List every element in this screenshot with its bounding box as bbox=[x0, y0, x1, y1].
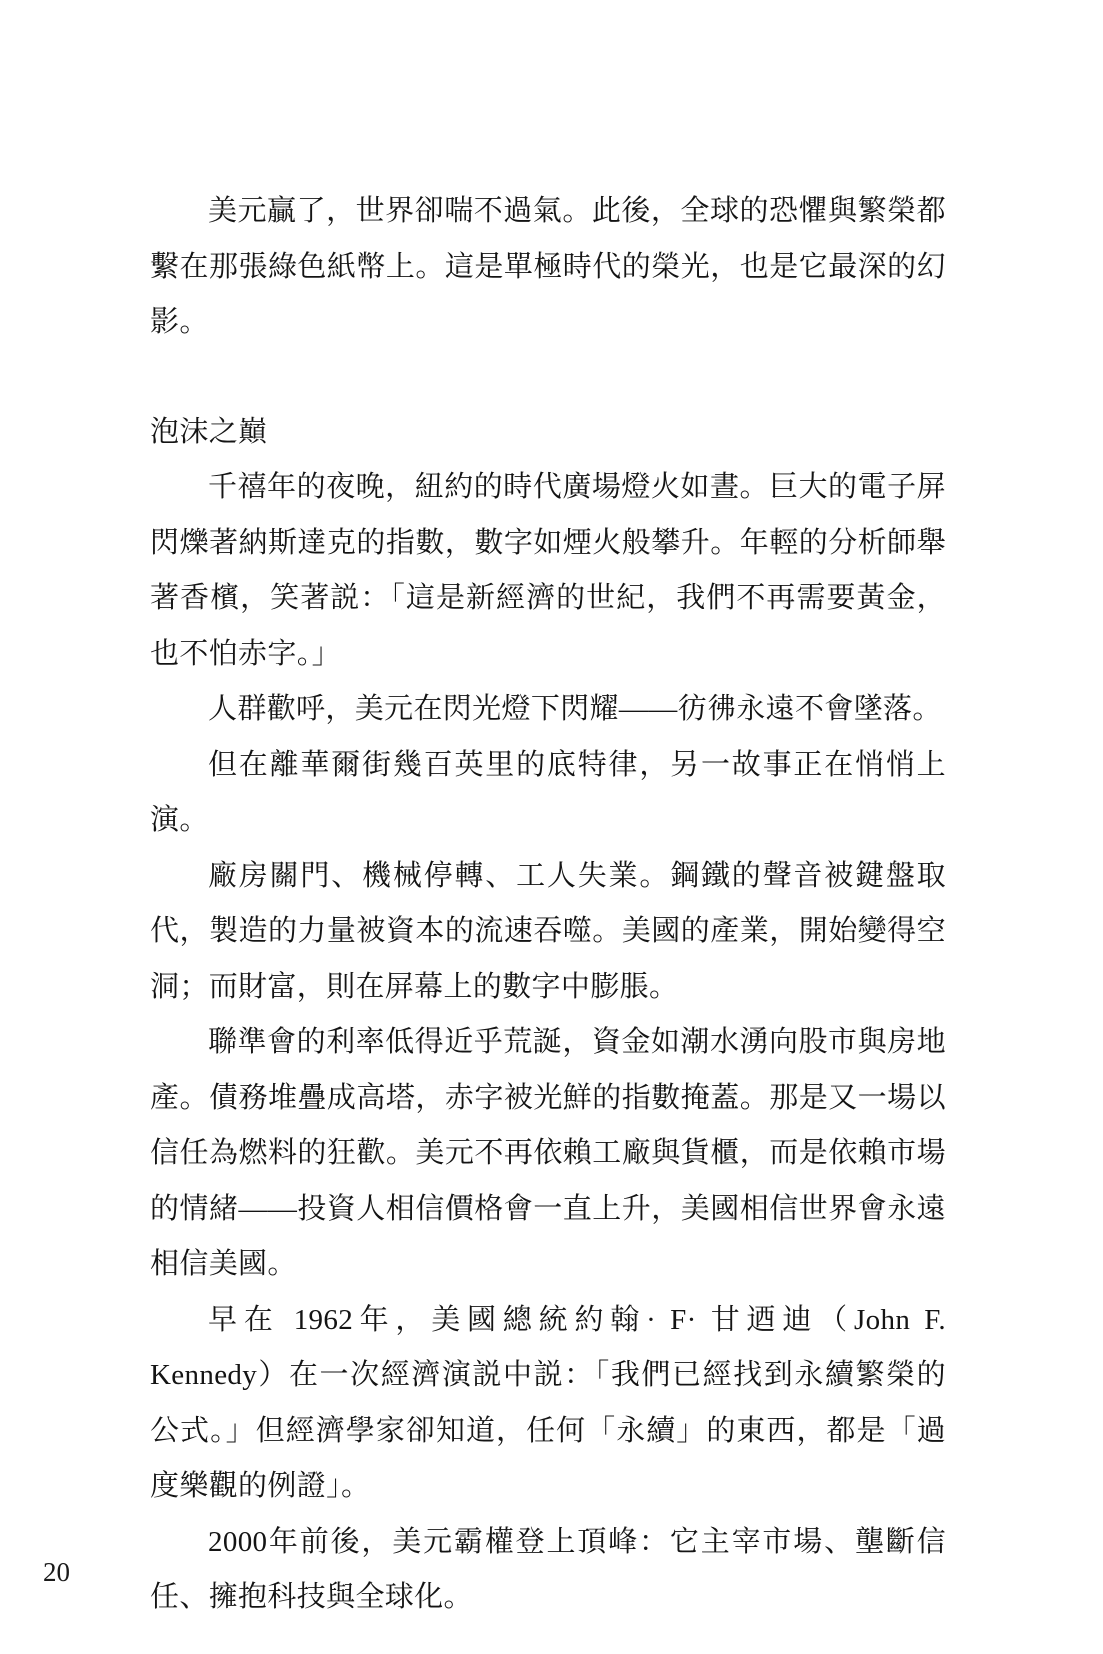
paragraph: 聯準會的利率低得近乎荒誕，資金如潮水湧向股市與房地產。債務堆疊成高塔，赤字被光鮮… bbox=[150, 1015, 946, 1293]
paragraph: 2000年前後，美元霸權登上頂峰：它主宰市場、壟斷信任、擁抱科技與全球化。 bbox=[150, 1515, 946, 1626]
opening-paragraph: 美元贏了，世界卻喘不過氣。此後，全球的恐懼與繁榮都繫在那張綠色紙幣上。這是單極時… bbox=[150, 184, 946, 351]
paragraph: 人群歡呼，美元在閃光燈下閃耀——彷彿永遠不會墜落。 bbox=[150, 682, 946, 738]
book-page: 美元贏了，世界卻喘不過氣。此後，全球的恐懼與繁榮都繫在那張綠色紙幣上。這是單極時… bbox=[0, 0, 1103, 1654]
paragraph: 早在 1962年，美國總統約翰· F· 甘迺迪（John F. Kennedy）… bbox=[150, 1293, 946, 1515]
paragraph: 但在離華爾街幾百英里的底特律，另一故事正在悄悄上演。 bbox=[150, 738, 946, 849]
body-text: 美元贏了，世界卻喘不過氣。此後，全球的恐懼與繁榮都繫在那張綠色紙幣上。這是單極時… bbox=[150, 184, 946, 1626]
section-heading: 泡沫之巔 bbox=[150, 405, 946, 461]
page-number: 20 bbox=[43, 1556, 70, 1588]
paragraph: 千禧年的夜晚，紐約的時代廣場燈火如晝。巨大的電子屏閃爍著納斯達克的指數，數字如煙… bbox=[150, 460, 946, 682]
paragraph: 廠房關門、機械停轉、工人失業。鋼鐵的聲音被鍵盤取代，製造的力量被資本的流速吞噬。… bbox=[150, 849, 946, 1016]
